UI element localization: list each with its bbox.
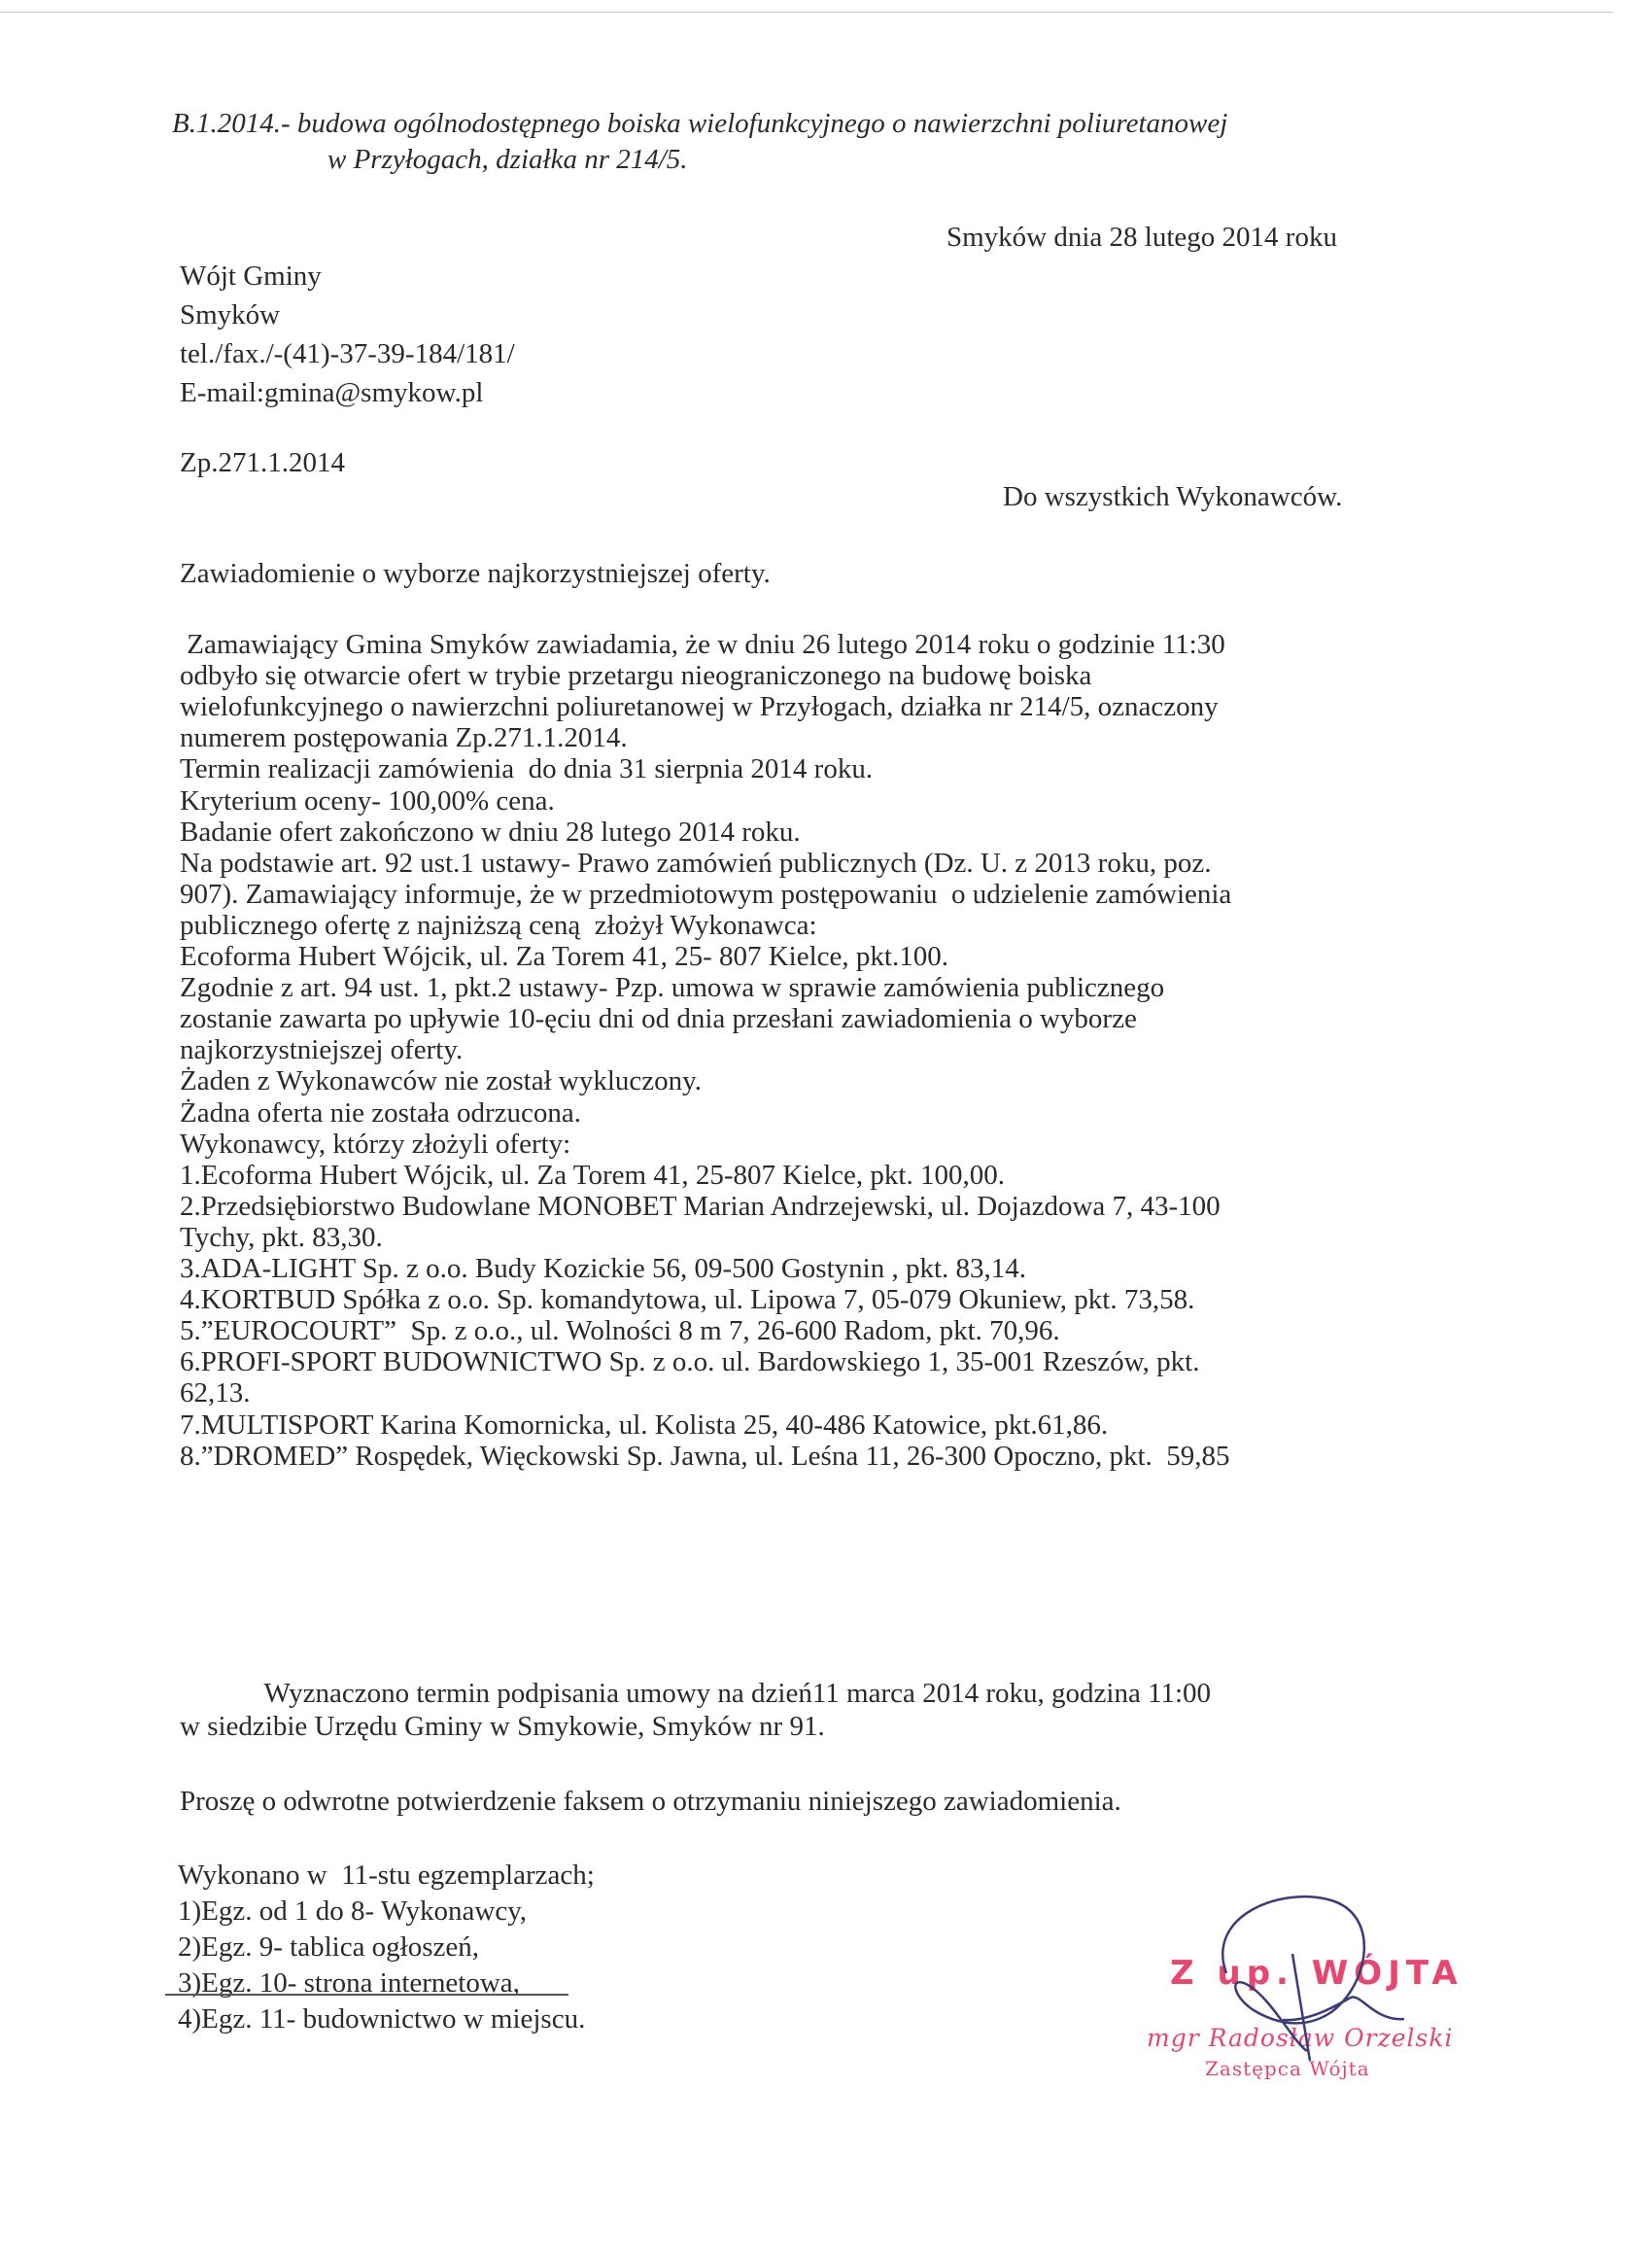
body-line: Żadna oferta nie została odrzucona. bbox=[180, 1097, 581, 1129]
body-line: Zamawiający Gmina Smyków zawiadamia, że … bbox=[180, 629, 1225, 660]
body-line: Żaden z Wykonawców nie został wykluczony… bbox=[180, 1065, 702, 1096]
body-line: 7.MULTISPORT Karina Komornicka, ul. Koli… bbox=[180, 1409, 1108, 1441]
body-line: Termin realizacji zamówienia do dnia 31 … bbox=[180, 753, 873, 784]
body-line: 4.KORTBUD Spółka z o.o. Sp. komandytowa,… bbox=[180, 1284, 1194, 1315]
stamp-and-signature: Z up. WÓJTA mgr Radosław Orzelski Zastęp… bbox=[1137, 1876, 1506, 2100]
sender-email: E-mail:gmina@smykow.pl bbox=[180, 377, 483, 408]
confirmation-request: Proszę o odwrotne potwierdzenie faksem o… bbox=[180, 1786, 1121, 1817]
hand-drawn-underline bbox=[165, 1994, 568, 1996]
copies-item: 2)Egz. 9- tablica ogłoszeń, bbox=[178, 1931, 479, 1963]
sender-name: Wójt Gminy bbox=[180, 261, 322, 292]
body-line: Ecoforma Hubert Wójcik, ul. Za Torem 41,… bbox=[180, 941, 948, 972]
copies-item: 4)Egz. 11- budownictwo w miejscu. bbox=[178, 2003, 585, 2035]
body-line: 62,13. bbox=[180, 1377, 251, 1409]
body-line: 6.PROFI-SPORT BUDOWNICTWO Sp. z o.o. ul.… bbox=[180, 1346, 1199, 1377]
body-line: numerem postępowania Zp.271.1.2014. bbox=[180, 722, 628, 753]
handwritten-signature-icon bbox=[1137, 1876, 1506, 2100]
body-line: 1.Ecoforma Hubert Wójcik, ul. Za Torem 4… bbox=[180, 1160, 1005, 1191]
reference-number: Zp.271.1.2014 bbox=[180, 447, 345, 478]
body-line: Tychy, pkt. 83,30. bbox=[180, 1222, 383, 1253]
body-line: 907). Zamawiający informuje, że w przedm… bbox=[180, 879, 1231, 910]
header-line-1: B.1.2014.- budowa ogólnodostępnego boisk… bbox=[172, 108, 1227, 139]
body-line: wielofunkcyjnego o nawierzchni poliureta… bbox=[180, 691, 1219, 722]
body-line: Na podstawie art. 92 ust.1 ustawy- Prawo… bbox=[180, 848, 1211, 879]
place-date: Smyków dnia 28 lutego 2014 roku bbox=[946, 222, 1337, 253]
scan-edge-line bbox=[0, 12, 1613, 13]
copies-title: Wykonano w 11-stu egzemplarzach; bbox=[178, 1860, 595, 1891]
sender-phone: tel./fax./-(41)-37-39-184/181/ bbox=[180, 338, 515, 369]
body-line: najkorzystniejszej oferty. bbox=[180, 1034, 463, 1065]
body-line: zostanie zawarta po upływie 10-ęciu dni … bbox=[180, 1003, 1137, 1034]
body-line: 3.ADA-LIGHT Sp. z o.o. Budy Kozickie 56,… bbox=[180, 1253, 1026, 1284]
signing-line-1: Wyznaczono termin podpisania umowy na dz… bbox=[180, 1678, 1211, 1709]
body-line: Wykonawcy, którzy złożyli oferty: bbox=[180, 1129, 570, 1160]
body-line: Badanie ofert zakończono w dniu 28 luteg… bbox=[180, 817, 801, 848]
body-line: 5.”EUROCOURT” Sp. z o.o., ul. Wolności 8… bbox=[180, 1315, 1060, 1346]
body-line: Kryterium oceny- 100,00% cena. bbox=[180, 785, 555, 817]
body-line: 8.”DROMED” Rospędek, Więckowski Sp. Jawn… bbox=[180, 1441, 1230, 1472]
body-line: 2.Przedsiębiorstwo Budowlane MONOBET Mar… bbox=[180, 1191, 1221, 1222]
body-line: Zgodnie z art. 94 ust. 1, pkt.2 ustawy- … bbox=[180, 972, 1164, 1003]
header-line-2: w Przyłogach, działka nr 214/5. bbox=[327, 144, 688, 175]
copies-item: 1)Egz. od 1 do 8- Wykonawcy, bbox=[178, 1896, 527, 1927]
recipient: Do wszystkich Wykonawców. bbox=[1003, 481, 1342, 512]
signing-line-2: w siedzibie Urzędu Gminy w Smykowie, Smy… bbox=[180, 1711, 825, 1742]
subject: Zawiadomienie o wyborze najkorzystniejsz… bbox=[180, 558, 771, 589]
body-line: odbyło się otwarcie ofert w trybie przet… bbox=[180, 660, 1091, 691]
sender-town: Smyków bbox=[180, 299, 280, 330]
body-line: publicznego ofertę z najniższą ceną złoż… bbox=[180, 910, 817, 941]
